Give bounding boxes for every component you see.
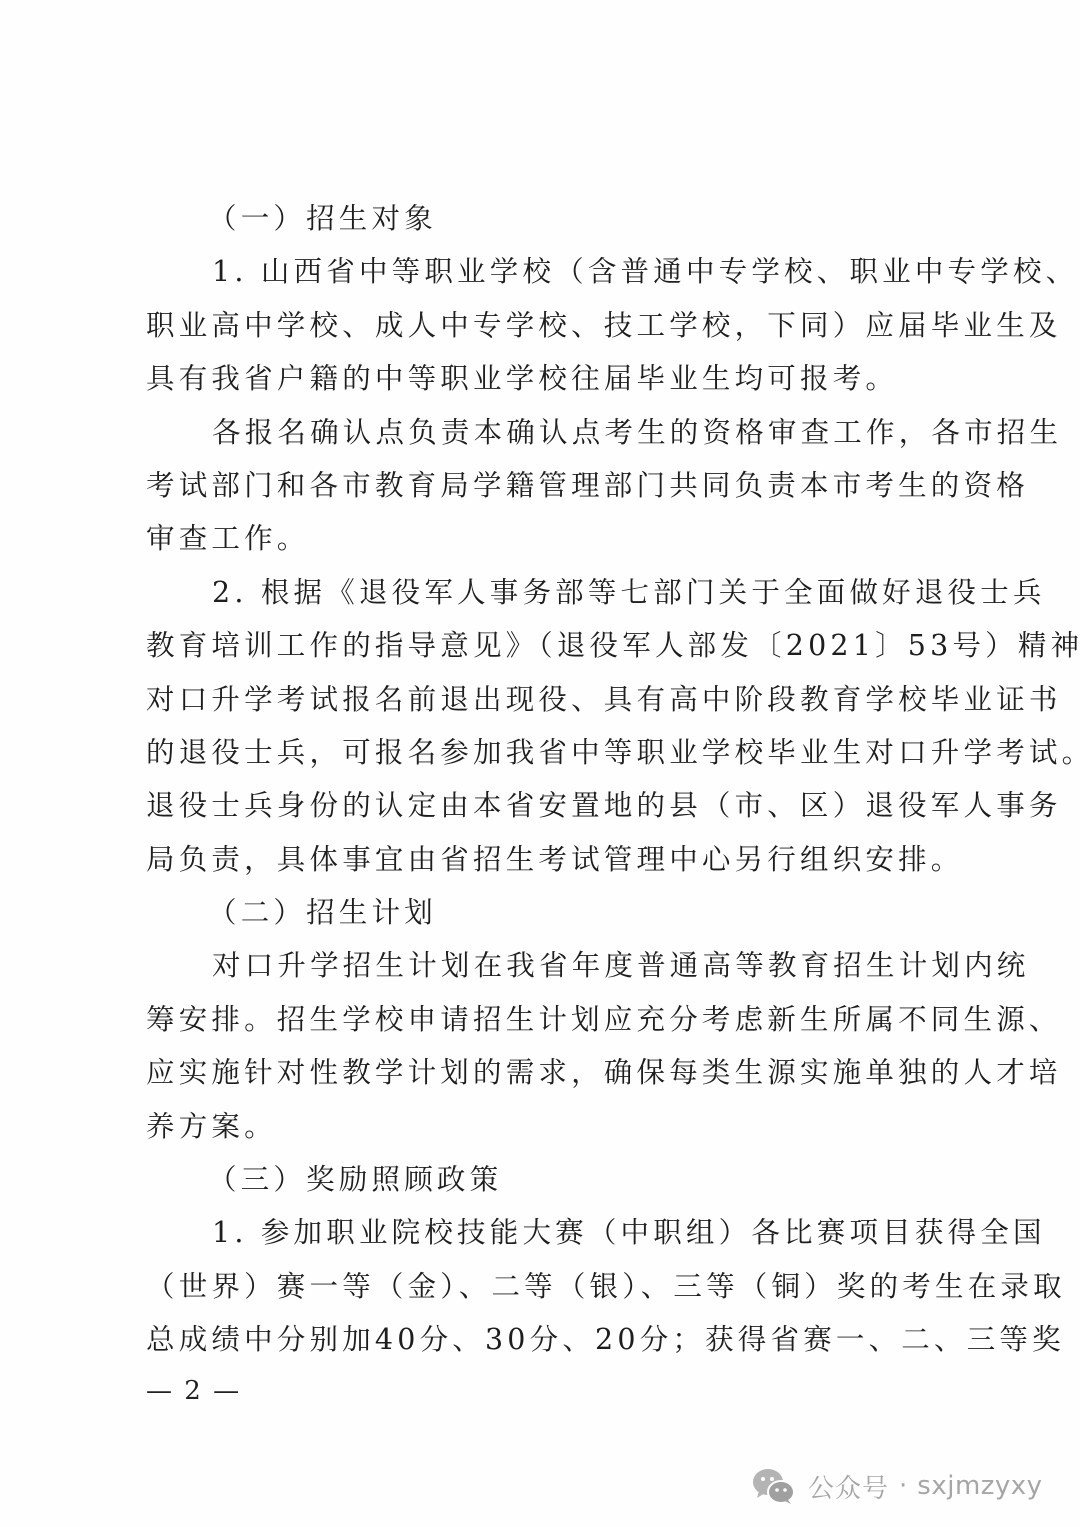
text-line: 对口升学考试报名前退出现役、具有高中阶段教育学校毕业证书	[146, 673, 956, 726]
text-line: 筹安排。招生学校申请招生计划应充分考虑新生所属不同生源、	[146, 993, 956, 1046]
text-line: 1. 山西省中等职业学校（含普通中专学校、职业中专学校、	[146, 245, 956, 298]
paragraph-veterans: 2. 根据《退役军人事务部等七部门关于全面做好退役士兵 教育培训工作的指导意见》…	[146, 566, 956, 886]
text-line: 2. 根据《退役军人事务部等七部门关于全面做好退役士兵	[146, 566, 956, 619]
paragraph-qualification-review: 各报名确认点负责本确认点考生的资格审查工作，各市招生 考试部门和各市教育局学籍管…	[146, 406, 956, 566]
text-line: 养方案。	[146, 1100, 956, 1153]
text-line: 局负责，具体事宜由省招生考试管理中心另行组织安排。	[146, 833, 956, 886]
text-line: 1. 参加职业院校技能大赛（中职组）各比赛项目获得全国	[146, 1206, 956, 1259]
text-line: （世界）赛一等（金）、二等（银）、三等（铜）奖的考生在录取	[146, 1260, 956, 1313]
paragraph-eligibility: 1. 山西省中等职业学校（含普通中专学校、职业中专学校、 职业高中学校、成人中专…	[146, 245, 956, 405]
text-line: 总成绩中分别加40分、30分、20分；获得省赛一、二、三等奖	[146, 1313, 956, 1366]
section-heading-bonus-policy: （三）奖励照顾政策	[146, 1153, 956, 1206]
document-page: （一）招生对象 1. 山西省中等职业学校（含普通中专学校、职业中专学校、 职业高…	[0, 0, 1080, 1527]
watermark-account-id: sxjmzyxy	[917, 1471, 1042, 1501]
page-number: — 2 —	[146, 1371, 241, 1411]
text-line: 教育培训工作的指导意见》（退役军人部发〔2021〕53号）精神，	[146, 619, 956, 672]
text-line: 应实施针对性教学计划的需求，确保每类生源实施单独的人才培	[146, 1046, 956, 1099]
watermark-separator: ·	[899, 1471, 907, 1501]
paragraph-enrollment-plan: 对口升学招生计划在我省年度普通高等教育招生计划内统 筹安排。招生学校申请招生计划…	[146, 939, 956, 1153]
watermark-label: 公众号	[808, 1468, 889, 1505]
paragraph-skills-competition: 1. 参加职业院校技能大赛（中职组）各比赛项目获得全国 （世界）赛一等（金）、二…	[146, 1206, 956, 1366]
section-heading-enrollment-targets: （一）招生对象	[146, 192, 956, 245]
text-line: 退役士兵身份的认定由本省安置地的县（市、区）退役军人事务	[146, 779, 956, 832]
section-heading-enrollment-plan: （二）招生计划	[146, 886, 956, 939]
text-line: 对口升学招生计划在我省年度普通高等教育招生计划内统	[146, 939, 956, 992]
text-line: 考试部门和各市教育局学籍管理部门共同负责本市考生的资格	[146, 459, 956, 512]
text-line: 审查工作。	[146, 512, 956, 565]
text-line: 具有我省户籍的中等职业学校往届毕业生均可报考。	[146, 352, 956, 405]
wechat-watermark: 公众号 · sxjmzyxy	[752, 1466, 1043, 1506]
text-line: 各报名确认点负责本确认点考生的资格审查工作，各市招生	[146, 406, 956, 459]
text-line: 的退役士兵，可报名参加我省中等职业学校毕业生对口升学考试。	[146, 726, 956, 779]
text-line: 职业高中学校、成人中专学校、技工学校，下同）应届毕业生及	[146, 299, 956, 352]
wechat-icon	[752, 1467, 796, 1505]
document-body: （一）招生对象 1. 山西省中等职业学校（含普通中专学校、职业中专学校、 职业高…	[146, 192, 956, 1367]
